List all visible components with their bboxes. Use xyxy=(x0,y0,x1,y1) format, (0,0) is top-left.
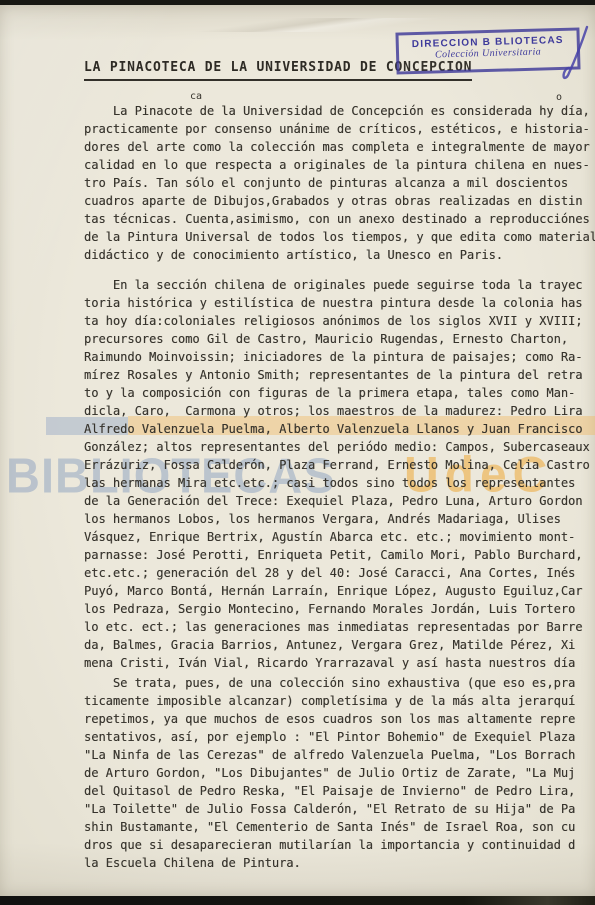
library-stamp: DIRECCION B BLIOTECAS Colección Universi… xyxy=(395,27,580,74)
paragraph-1: La Pinacote de la Universidad de Concepc… xyxy=(84,102,595,264)
handwritten-tick-icon xyxy=(558,24,590,86)
scan-edge-bottom xyxy=(0,896,595,905)
paragraph-2: En la sección chilena de originales pued… xyxy=(84,276,595,672)
scan-edge-top xyxy=(0,0,595,5)
scanned-document-page: { "page": { "title": "LA PINACOTECA DE L… xyxy=(0,0,595,905)
typed-superscript-ca: ca xyxy=(190,92,202,102)
paragraph-3: Se trata, pues, de una colección sino ex… xyxy=(84,674,595,872)
